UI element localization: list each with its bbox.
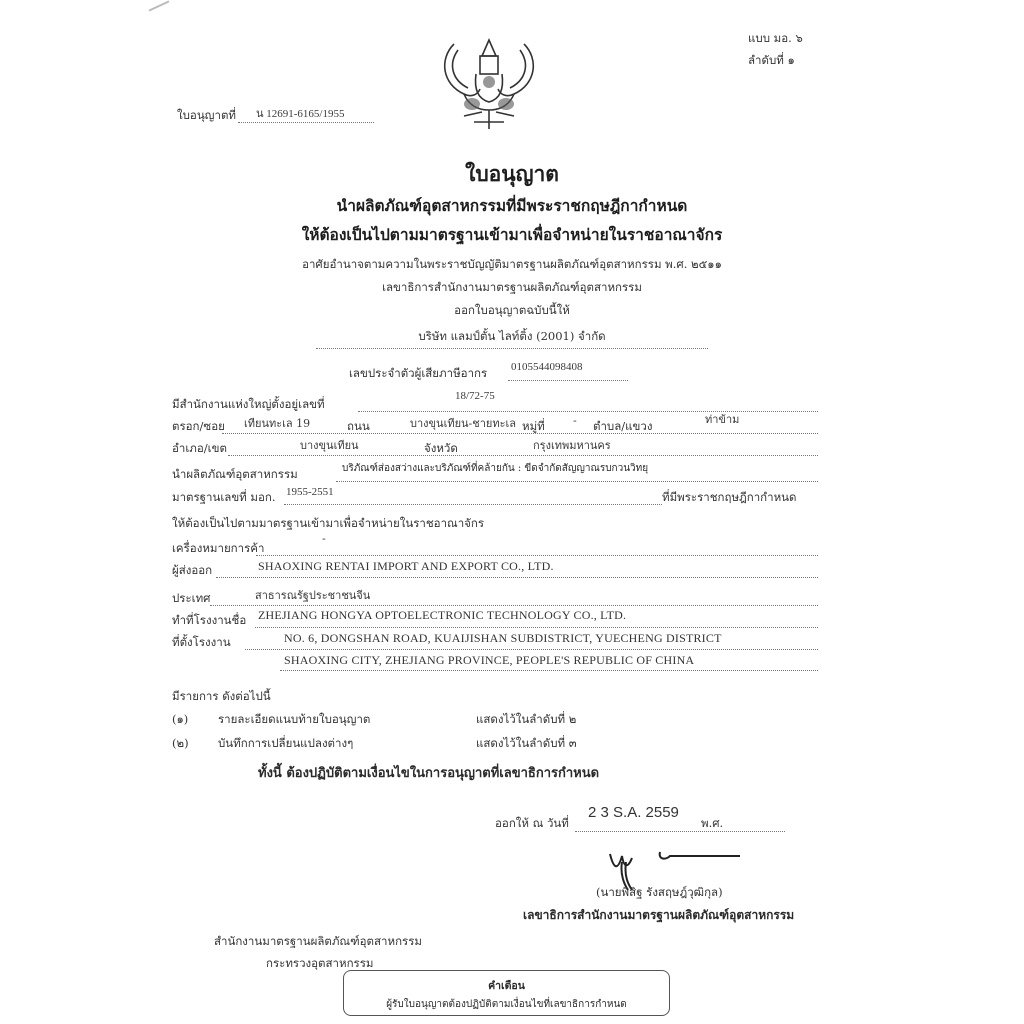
district-label: อำเภอ/เขต — [172, 440, 227, 458]
factory-value: ZHEJIANG HONGYA OPTOELECTRONIC TECHNOLOG… — [258, 608, 626, 623]
factory-label: ทำที่โรงงานชื่อ — [172, 612, 246, 630]
item-1-ref: แสดงไว้ในลำดับที่ ๒ — [476, 711, 576, 729]
form-code: แบบ มอ. ๖ — [748, 30, 803, 48]
standard-label: มาตรฐานเลขที่ มอก. — [172, 489, 276, 507]
license-no-value: น 12691-6165/1955 — [256, 104, 345, 122]
office-line-1: สำนักงานมาตรฐานผลิตภัณฑ์อุตสาหกรรม — [214, 933, 422, 951]
warning-title: คำเตือน — [344, 977, 669, 994]
item-1-number: (๑) — [172, 711, 188, 729]
subdistrict-label: ตำบล/แขวง — [593, 418, 653, 436]
province-label: จังหวัด — [424, 440, 458, 458]
country-label: ประเทศ — [172, 590, 210, 608]
items-intro: มีรายการ ดังต่อไปนี้ — [172, 688, 271, 706]
factory-location-line-1: NO. 6, DONGSHAN ROAD, KUAIJISHAN SUBDIST… — [284, 631, 722, 646]
exporter-value: SHAOXING RENTAI IMPORT AND EXPORT CO., L… — [258, 559, 554, 574]
hq-number: 18/72-75 — [455, 390, 495, 402]
hq-label: มีสำนักงานแห่งใหญ่ตั้งอยู่เลขที่ — [172, 396, 325, 414]
road-value: บางขุนเทียน-ชายทะเล — [410, 414, 516, 432]
moo-label: หมู่ที่ — [522, 418, 545, 436]
purpose-line: ให้ต้องเป็นไปตามมาตรฐานเข้ามาเพื่อจำหน่า… — [172, 515, 484, 533]
item-2-number: (๒) — [172, 735, 189, 753]
garuda-emblem-icon — [434, 34, 544, 134]
soi-label: ตรอก/ซอย — [172, 418, 225, 436]
authority-line-3: ออกใบอนุญาตฉบับนี้ให้ — [0, 302, 1024, 320]
doc-subtitle-1: นำผลิตภัณฑ์อุตสาหกรรมที่มีพระราชกฤษฎีกาก… — [0, 193, 1024, 218]
warning-box: คำเตือน ผู้รับใบอนุญาตต้องปฏิบัติตามเงื่… — [343, 970, 670, 1016]
soi-value: เทียนทะเล 19 — [244, 414, 310, 432]
issue-date-value: 2 3 S.A. 2559 — [588, 804, 679, 821]
road-label: ถนน — [347, 418, 370, 436]
buddhist-era-label: พ.ศ. — [701, 815, 723, 833]
item-2-label: บันทึกการเปลี่ยนแปลงต่างๆ — [218, 735, 353, 753]
country-value: สาธารณรัฐประชาชนจีน — [255, 586, 370, 604]
licensee-company: บริษัท แลมป์ตั้น ไลท์ติ้ง (2001) จำกัด — [0, 328, 1024, 346]
trademark-value: - — [322, 532, 326, 545]
doc-title: ใบอนุญาต — [0, 158, 1024, 191]
product-value: บริภัณฑ์ส่องสว่างและบริภัณฑ์ที่คล้ายกัน … — [342, 461, 648, 476]
item-1-label: รายละเอียดแนบท้ายใบอนุญาต — [218, 711, 370, 729]
authority-line-1: อาศัยอำนาจตามความในพระราชบัญญัติมาตรฐานผ… — [0, 256, 1024, 274]
signatory-title: เลขาธิการสำนักงานมาตรฐานผลิตภัณฑ์อุตสาหก… — [523, 906, 794, 925]
factory-location-line-2: SHAOXING CITY, ZHEJIANG PROVINCE, PEOPLE… — [284, 653, 694, 668]
scan-mark — [149, 0, 170, 11]
license-no-label: ใบอนุญาตที่ — [177, 107, 236, 125]
tax-id-value: 0105544098408 — [511, 361, 583, 373]
form-sequence: ลำดับที่ ๑ — [748, 52, 795, 70]
standard-value: 1955-2551 — [286, 486, 334, 498]
signatory-name: (นายพิสิฐ รังสฤษฎ์วุฒิกุล) — [596, 884, 723, 902]
trademark-label: เครื่องหมายการค้า — [172, 540, 264, 558]
authority-line-2: เลขาธิการสำนักงานมาตรฐานผลิตภัณฑ์อุตสาหก… — [0, 279, 1024, 297]
exporter-label: ผู้ส่งออก — [172, 562, 212, 580]
factory-location-label: ที่ตั้งโรงงาน — [172, 634, 231, 652]
item-2-ref: แสดงไว้ในลำดับที่ ๓ — [476, 735, 577, 753]
district-value: บางขุนเทียน — [300, 436, 359, 454]
moo-value: - — [573, 414, 577, 427]
condition-note: ทั้งนี้ ต้องปฏิบัติตามเงื่อนไขในการอนุญา… — [258, 762, 599, 783]
standard-suffix: ที่มีพระราชกฤษฎีกากำหนด — [662, 489, 797, 507]
province-value: กรุงเทพมหานคร — [533, 436, 611, 454]
doc-subtitle-2: ให้ต้องเป็นไปตามมาตรฐานเข้ามาเพื่อจำหน่า… — [10, 222, 1014, 247]
tax-id-label: เลขประจำตัวผู้เสียภาษีอากร — [349, 365, 487, 383]
subdistrict-value: ท่าข้าม — [705, 410, 739, 428]
warning-text: ผู้รับใบอนุญาตต้องปฏิบัติตามเงื่อนไขที่เ… — [344, 997, 669, 1012]
issue-date-label: ออกให้ ณ วันที่ — [495, 815, 569, 833]
product-label: นำผลิตภัณฑ์อุตสาหกรรม — [172, 466, 298, 484]
